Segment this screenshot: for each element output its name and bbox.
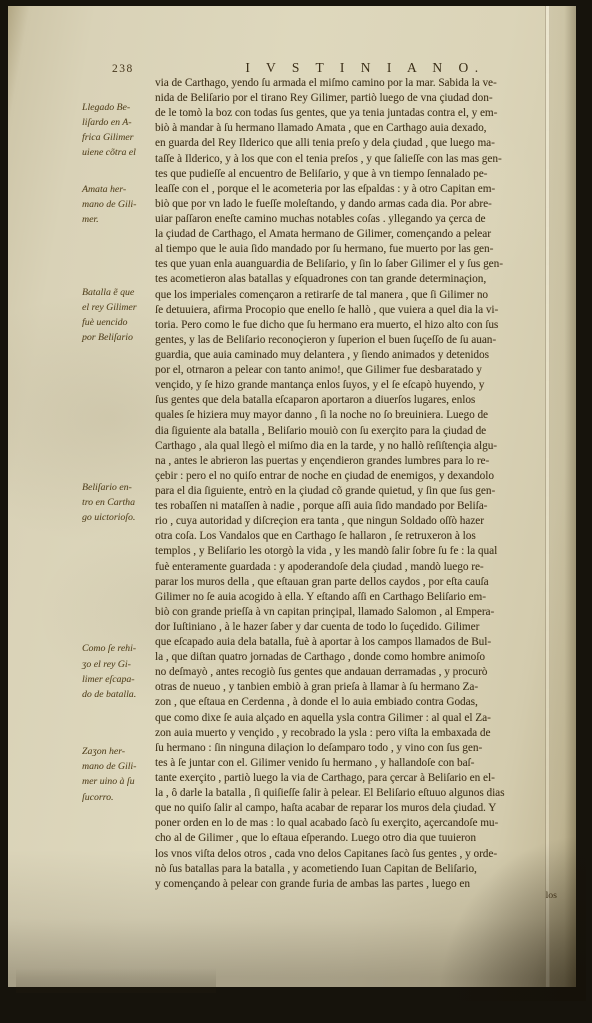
body-line: templos , y Beliſario les otorgò la vida… [155, 544, 553, 559]
body-line: biò que por vn lado le fueſſe moleſtando… [155, 197, 553, 212]
body-line: dor Iuſtiniano , à le hazer ſaber y dar … [155, 620, 553, 635]
running-title: I V S T I N I A N O. [155, 60, 575, 76]
margin-note: Batalla ẽ que el rey Gilimer fuè uencido… [82, 285, 150, 345]
body-line: en guarda del Rey Ilderico que alli teni… [155, 136, 553, 151]
body-line: tes à ſe juntar con el. Gilimer venido ſ… [155, 756, 553, 771]
body-line: para el dia ſiguiente, entrò en la çiuda… [155, 484, 553, 499]
body-line: otras de nueuo , y tanbien embiò à gran … [155, 680, 553, 695]
body-line: guardia, que auia caminado muy delantera… [155, 348, 553, 363]
body-line: çebir : pero el no quiſo entrar de noche… [155, 469, 553, 484]
body-line: rio , cuya autoridad y diſcreçion era ta… [155, 514, 553, 529]
margin-note: Beliſario en- tro en Cartha go uictorioſ… [82, 480, 150, 525]
margin-note: Zaʒon her- mano de Gili- mer uino à ſu ſ… [82, 744, 150, 804]
body-line: tes acometieron alas batallas y eſquadro… [155, 272, 553, 287]
body-line: no deſmayò , antes recogiò ſus gentes qu… [155, 665, 553, 680]
body-line: tes robaſſen ni mataſſen à nadie , porqu… [155, 499, 553, 514]
body-line: los vnos viſta delos otros , cada vno de… [155, 847, 553, 862]
body-line: la , ô darle la batalla , ſi quiſieſſe ſ… [155, 786, 553, 801]
body-line: tes que pudieſſe al encuentro de Beliſar… [155, 167, 553, 182]
body-line: quales ſe hiziera muy mayor danno , ſi l… [155, 408, 553, 423]
body-line: nida de Beliſario por el tirano Rey Gili… [155, 91, 553, 106]
body-line: dia ſiguiente ala batalla , Beliſario mo… [155, 424, 553, 439]
body-line: zon auia muerto y vençido , y recobrado … [155, 726, 553, 741]
body-line: ſus gentes que dela batalla eſcaparon ap… [155, 393, 553, 408]
body-line: gentes, y las de Beliſario reconoçieron … [155, 333, 553, 348]
book-page: 238 I V S T I N I A N O. Llegado Be- liſ… [8, 6, 576, 987]
body-line: toria. Pero como le fue dicho que ſu her… [155, 318, 553, 333]
body-line: de le tomò la boz con todas ſus gentes, … [155, 106, 553, 121]
body-line: na , antes le abrieron las puertas y enç… [155, 454, 553, 469]
catchword: los [155, 890, 557, 901]
body-line: ſu hermano : ſin ninguna dilaçion lo deſ… [155, 741, 553, 756]
body-line: que eſcapado auia dela batalla, fuè à ap… [155, 635, 553, 650]
body-line: via de Carthago, yendo ſu armada el miſm… [155, 76, 553, 91]
body-line: vençido, y ſe hizo grande mantança enlos… [155, 378, 553, 393]
page-number: 238 [112, 63, 134, 75]
body-line: ſe detuuiera, afirma Procopio que enello… [155, 303, 553, 318]
page-fore-edge [550, 6, 576, 987]
body-line: otra coſa. Los Vandalos que en Carthago … [155, 529, 553, 544]
body-line: por el, otrnaron a pelear con tanto anim… [155, 363, 553, 378]
body-line: biò con grande prieſſa à vn capitan prin… [155, 605, 553, 620]
body-line: uiar paſſaron eneſte camino muchas notab… [155, 212, 553, 227]
body-line: Gilimer no ſe auia acogido à ella. Y eſt… [155, 590, 553, 605]
body-line: cho al de Gilimer , que lo eſtaua eſpera… [155, 831, 553, 846]
margin-note: Como ſe rehi- ʒo el rey Gi- limer eſcapa… [82, 641, 150, 701]
page-bottom-shading [16, 968, 216, 993]
body-line: poner orden en lo de mas : lo qual acaba… [155, 816, 553, 831]
body-line: parar los muros della , que eſtauan gran… [155, 575, 553, 590]
book-scan: 238 I V S T I N I A N O. Llegado Be- liſ… [0, 0, 592, 1023]
body-line: leaſſe con el , porque el le acometeria … [155, 182, 553, 197]
body-line: al tiempo que le auia ſido mandado por ſ… [155, 242, 553, 257]
body-line: fuè enteramente guardada : y apoderandoſ… [155, 560, 553, 575]
body-line: la çiudad de Carthago, el Amata hermano … [155, 227, 553, 242]
body-line: taſſe à Ilderico, y à los que con el ten… [155, 152, 553, 167]
body-line: tes que yuan enla auanguardia de Beliſar… [155, 257, 553, 272]
body-line: que los imperiales començaron a retirarſ… [155, 288, 553, 303]
body-line: que como dixe ſe auia alçado en aquella … [155, 711, 553, 726]
body-line: Carthago , ala qual llegò el miſmo dia e… [155, 439, 553, 454]
body-line: la , que diſtan quatro jornadas de Carth… [155, 650, 553, 665]
body-line: que no quiſo ſalir al campo, haſta acaba… [155, 801, 553, 816]
body-text: via de Carthago, yendo ſu armada el miſm… [155, 76, 553, 892]
margin-note: Llegado Be- liſardo en A- frica Gilimer … [82, 100, 150, 160]
margin-note: Amata her- mano de Gili- mer. [82, 182, 150, 227]
body-line: biò à mandar à ſu hermano llamado Amata … [155, 121, 553, 136]
body-line: zon , que eſtaua en Cerdenna , à donde e… [155, 695, 553, 710]
body-line: tante exerçito , partiò luego la via de … [155, 771, 553, 786]
body-line: nò ſus batallas para la batalla , y acom… [155, 862, 553, 877]
